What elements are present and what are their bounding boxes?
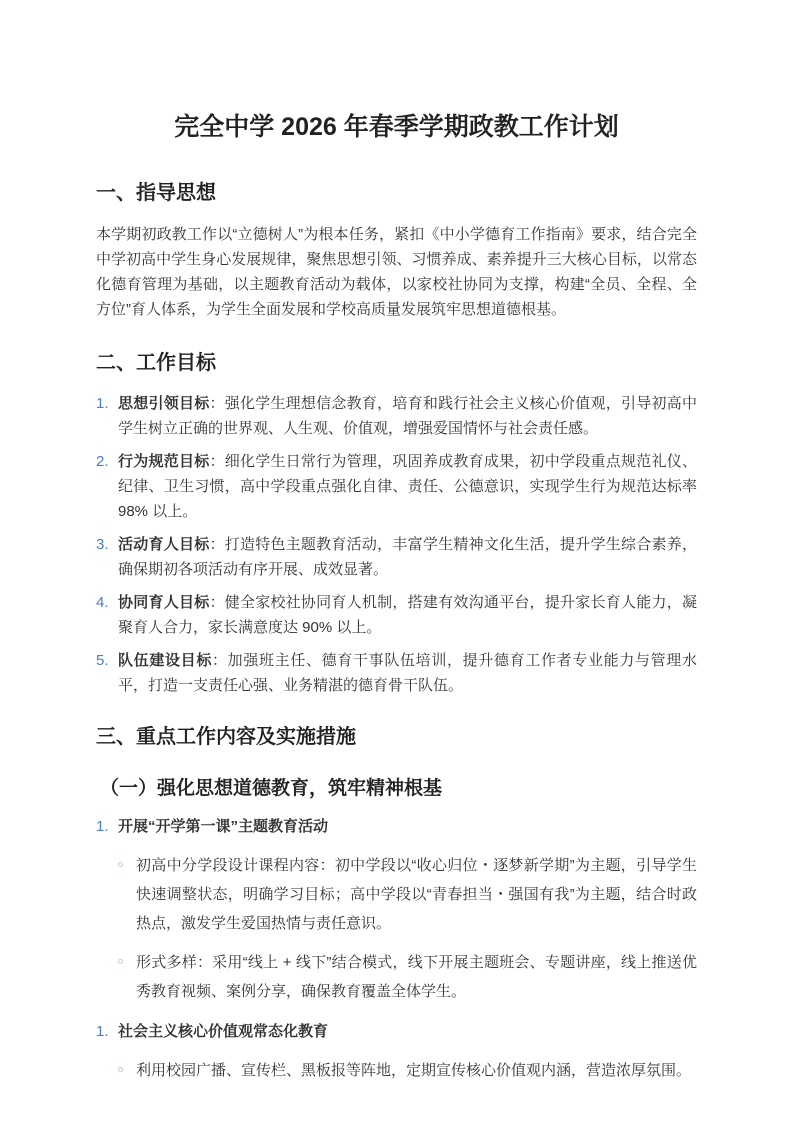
bullet-text: 形式多样：采用“线上 + 线下”结合模式，线下开展主题班会、专题讲座，线上推送优… xyxy=(136,948,697,1006)
task-title-row: 1. 社会主义核心价值观常态化教育 xyxy=(96,1019,697,1044)
goal-text: 思想引领目标：强化学生理想信念教育，培育和践行社会主义核心价值观，引导初高中学生… xyxy=(118,391,697,441)
task-title: 社会主义核心价值观常态化教育 xyxy=(118,1019,697,1044)
heading-guiding-ideology: 一、指导思想 xyxy=(96,180,697,206)
bullet-item: 形式多样：采用“线上 + 线下”结合模式，线下开展主题班会、专题讲座，线上推送优… xyxy=(118,948,697,1006)
goal-item-3: 3. 活动育人目标：打造特色主题教育活动，丰富学生精神文化生活，提升学生综合素养… xyxy=(96,532,697,582)
goal-text: 行为规范目标：细化学生日常行为管理，巩固养成教育成果，初中学段重点规范礼仪、纪律… xyxy=(118,449,697,524)
goal-label: 队伍建设目标 xyxy=(118,652,212,669)
goal-number: 4. xyxy=(96,590,118,640)
bullet-item: 利用校园广播、宣传栏、黑板报等阵地，定期宣传核心价值观内涵，营造浓厚氛围。 xyxy=(118,1056,697,1085)
goal-label: 思想引领目标 xyxy=(118,395,209,412)
bullet-item: 初高中分学段设计课程内容：初中学段以“收心归位・逐梦新学期”为主题，引导学生快速… xyxy=(118,851,697,938)
task-item-1: 1. 开展“开学第一课”主题教育活动 初高中分学段设计课程内容：初中学段以“收心… xyxy=(96,814,697,1006)
heading-work-goals: 二、工作目标 xyxy=(96,350,697,376)
goal-text: 活动育人目标：打造特色主题教育活动，丰富学生精神文化生活，提升学生综合素养，确保… xyxy=(118,532,697,582)
guiding-ideology-paragraph: 本学期初政教工作以“立德树人”为根本任务，紧扣《中小学德育工作指南》要求，结合完… xyxy=(96,222,697,322)
task-title-row: 1. 开展“开学第一课”主题教育活动 xyxy=(96,814,697,839)
goal-number: 5. xyxy=(96,648,118,698)
task-bullet-list: 利用校园广播、宣传栏、黑板报等阵地，定期宣传核心价值观内涵，营造浓厚氛围。 xyxy=(118,1056,697,1085)
work-goals-list: 1. 思想引领目标：强化学生理想信念教育，培育和践行社会主义核心价值观，引导初高… xyxy=(96,391,697,698)
circle-bullet-icon xyxy=(118,1067,123,1072)
document-page: 完全中学 2026 年春季学期政教工作计划 一、指导思想 本学期初政教工作以“立… xyxy=(0,0,793,1122)
goal-label: 活动育人目标 xyxy=(118,536,209,553)
goal-item-2: 2. 行为规范目标：细化学生日常行为管理，巩固养成教育成果，初中学段重点规范礼仪… xyxy=(96,449,697,524)
bullet-text: 初高中分学段设计课程内容：初中学段以“收心归位・逐梦新学期”为主题，引导学生快速… xyxy=(136,851,697,938)
task-number: 1. xyxy=(96,814,118,839)
goal-number: 2. xyxy=(96,449,118,524)
goal-label: 协同育人目标 xyxy=(118,594,209,611)
goal-number: 3. xyxy=(96,532,118,582)
heading-subsection-1: （一）强化思想道德教育，筑牢精神根基 xyxy=(96,776,697,801)
document-title: 完全中学 2026 年春季学期政教工作计划 xyxy=(96,110,697,144)
circle-bullet-icon xyxy=(118,959,123,964)
task-number: 1. xyxy=(96,1019,118,1044)
goal-text: 协同育人目标：健全家校社协同育人机制，搭建有效沟通平台，提升家长育人能力，凝聚育… xyxy=(118,590,697,640)
goal-label: 行为规范目标 xyxy=(118,453,209,470)
goal-item-5: 5. 队伍建设目标：加强班主任、德育干事队伍培训，提升德育工作者专业能力与管理水… xyxy=(96,648,697,698)
task-bullet-list: 初高中分学段设计课程内容：初中学段以“收心归位・逐梦新学期”为主题，引导学生快速… xyxy=(118,851,697,1006)
circle-bullet-icon xyxy=(118,862,123,867)
goal-item-1: 1. 思想引领目标：强化学生理想信念教育，培育和践行社会主义核心价值观，引导初高… xyxy=(96,391,697,441)
task-title: 开展“开学第一课”主题教育活动 xyxy=(118,814,697,839)
goal-number: 1. xyxy=(96,391,118,441)
bullet-text: 利用校园广播、宣传栏、黑板报等阵地，定期宣传核心价值观内涵，营造浓厚氛围。 xyxy=(136,1056,697,1085)
task-item-2: 1. 社会主义核心价值观常态化教育 利用校园广播、宣传栏、黑板报等阵地，定期宣传… xyxy=(96,1019,697,1085)
goal-text: 队伍建设目标：加强班主任、德育干事队伍培训，提升德育工作者专业能力与管理水平，打… xyxy=(118,648,697,698)
goal-item-4: 4. 协同育人目标：健全家校社协同育人机制，搭建有效沟通平台，提升家长育人能力，… xyxy=(96,590,697,640)
heading-key-work: 三、重点工作内容及实施措施 xyxy=(96,724,697,750)
